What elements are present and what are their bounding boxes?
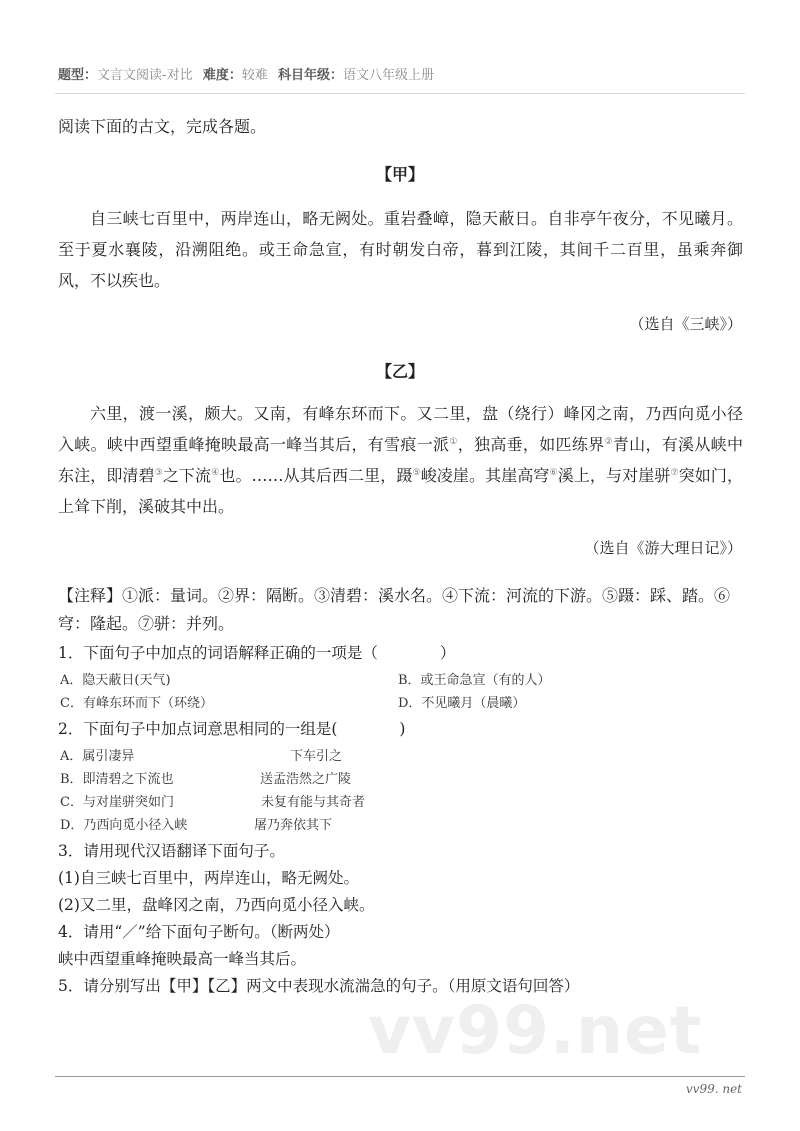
q2-option-d-right: 屠乃奔依其下 [254, 814, 332, 833]
footnote-ref-3: ③ [155, 468, 163, 478]
passage-b-text: 六里，渡一溪，颇大。又南，有峰东环而下。又二里，盘（绕行）峰冈之南，乃西向觅小径… [58, 398, 743, 522]
type-value: 文言文阅读-对比 [97, 68, 193, 83]
passage-b-seg: 峻凌崖。其崖高穹 [421, 466, 550, 485]
q3-item-2: (2)又二里，盘峰冈之南，乃西向觅小径入峡。 [58, 893, 374, 915]
passage-a-text: 自三峡七百里中，两岸连山，略无阙处。重岩叠嶂，隐天蔽日。自非亭午夜分，不见曦月。… [58, 203, 743, 296]
q1-option-b: B．或王命急宣（有的人） [398, 669, 551, 688]
q2-option-d-left: D．乃西向觅小径入峡 [60, 814, 187, 833]
q1-option-a: A．隐天蔽日(天气) [60, 669, 171, 688]
footer-site: vv99. net [686, 1082, 742, 1096]
annotation-notes: 【注释】①派：量词。②界：隔断。③清碧：溪水名。④下流：河流的下游。⑤蹑：踩、踏… [58, 582, 748, 638]
footnote-ref-1: ① [449, 437, 457, 447]
question-2-stem: 2．下面句子中加点词意思相同的一组是( ) [58, 717, 405, 739]
question-4-stem: 4．请用“／”给下面句子断句。（断两处） [58, 920, 339, 942]
q4-sentence: 峡中西望重峰掩映最高一峰当其后。 [58, 947, 306, 969]
passage-b-source: （选自《游大理日记》） [584, 537, 742, 558]
passage-b-seg: ，独高垂，如匹练界 [458, 435, 605, 454]
instruction: 阅读下面的古文，完成各题。 [58, 114, 266, 137]
q2-option-b-right: 送孟浩然之广陵 [260, 768, 351, 787]
passage-a-title: 【甲】 [0, 162, 800, 185]
document-page: 题型：文言文阅读-对比 难度：较难 科目年级：语文八年级上册 阅读下面的古文，完… [0, 0, 800, 1131]
question-3-stem: 3．请用现代汉语翻译下面句子。 [58, 839, 285, 861]
q1-option-c: C．有峰东环而下（环绕） [60, 692, 213, 711]
difficulty-value: 较难 [242, 68, 268, 83]
q2-option-a-left: A．属引凄异 [60, 745, 134, 764]
doc-meta: 题型：文言文阅读-对比 难度：较难 科目年级：语文八年级上册 [58, 64, 434, 83]
type-label: 题型： [58, 68, 97, 83]
q2-option-c-right: 未复有能与其奇者 [261, 791, 365, 810]
footnote-ref-5: ⑤ [413, 468, 421, 478]
passage-b-seg: 溪上，与对崖骈 [558, 466, 671, 485]
question-1-stem: 1．下面句子中加点的词语解释正确的一项是（ ） [58, 641, 455, 663]
q1-option-d: D．不见曦月（晨曦） [398, 692, 525, 711]
passage-b-seg: 也。……从其后西二里，蹑 [219, 466, 412, 485]
q2-option-c-left: C．与对崖骈突如门 [60, 791, 174, 810]
q3-item-1: (1)自三峡七百里中，两岸连山，略无阙处。 [58, 866, 359, 888]
footnote-ref-6: ⑥ [550, 468, 558, 478]
q2-option-a-right: 下车引之 [290, 745, 342, 764]
footnote-ref-2: ② [604, 437, 612, 447]
subject-value: 语文八年级上册 [343, 68, 434, 83]
footnote-ref-7: ⑦ [670, 468, 678, 478]
footer-divider [55, 1076, 745, 1077]
passage-b-seg: 之下流 [163, 466, 211, 485]
passage-a-source: （选自《三峡》） [629, 313, 742, 334]
q2-option-b-left: B．即清碧之下流也 [60, 768, 174, 787]
difficulty-label: 难度： [203, 68, 242, 83]
subject-label: 科目年级： [278, 68, 343, 83]
passage-b-title: 【乙】 [0, 359, 800, 382]
watermark-logo: vv99.net [368, 992, 702, 1069]
header-divider [55, 93, 745, 94]
footnote-ref-4: ④ [211, 468, 219, 478]
